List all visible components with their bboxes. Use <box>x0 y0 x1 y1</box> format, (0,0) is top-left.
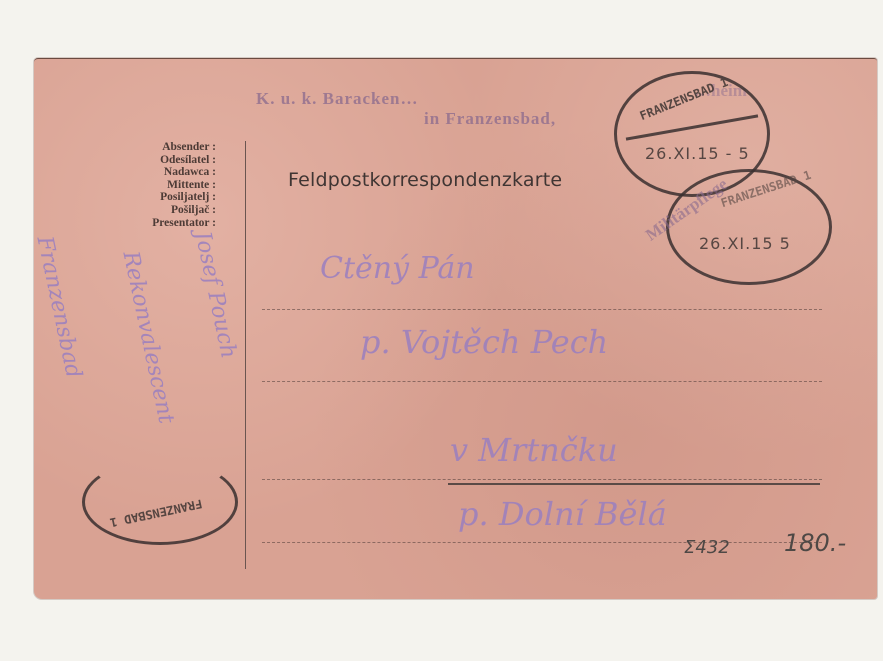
institution-stamp-line1: K. u. k. Baracken… <box>256 89 419 109</box>
label-posiljac: Pošiljač : <box>86 204 216 217</box>
postmark-1-date: 26.XI.15 - 5 <box>645 144 750 163</box>
recipient-town: v Mrtnčku <box>450 431 618 469</box>
address-underline <box>448 483 820 485</box>
sender-line-3: Josef Pouch <box>190 229 241 361</box>
postcard: K. u. k. Baracken… …heim in Franzensbad,… <box>34 58 877 599</box>
catalog-number: Σ432 <box>684 537 730 558</box>
recipient-post-office: p. Dolní Bělá <box>458 495 667 533</box>
recipient-salutation: Ctěný Pán <box>320 251 475 286</box>
sender-labels: Absender : Odesílatel : Nadawca : Mitten… <box>86 141 216 229</box>
postmark-2: FRANZENSBAD 1 26.XI.15 5 <box>666 169 832 285</box>
recipient-name: p. Vojtěch Pech <box>360 323 608 361</box>
label-presentator: Presentator : <box>86 217 216 230</box>
label-mittente: Mittente : <box>86 179 216 192</box>
postmark-3: FRANZENSBAD 1 <box>82 459 238 545</box>
postmark-2-place: FRANZENSBAD 1 <box>719 168 813 210</box>
stamp-text: K. u. k. Baracken… <box>256 89 419 108</box>
label-posiljatelj: Posiljatelj : <box>86 191 216 204</box>
postmark-1-place: FRANZENSBAD 1 <box>638 75 730 123</box>
address-line-4 <box>262 542 822 543</box>
address-line-2 <box>262 381 822 382</box>
institution-stamp-line2: in Franzensbad, <box>424 109 556 129</box>
postmark-3-place: FRANZENSBAD 1 <box>109 496 204 529</box>
label-odesilatel: Odesílatel : <box>86 154 216 167</box>
address-line-1 <box>262 309 822 310</box>
label-absender: Absender : <box>86 141 216 154</box>
postmark-2-date: 26.XI.15 5 <box>699 234 791 253</box>
vertical-divider <box>245 141 246 569</box>
address-line-3 <box>262 479 822 480</box>
sender-line-2: Rekonvalescent <box>118 249 179 426</box>
label-nadawca: Nadawca : <box>86 166 216 179</box>
price-note: 180.- <box>784 529 846 557</box>
sender-line-1: Franzensbad <box>34 234 86 380</box>
card-title: Feldpostkorrespondenzkarte <box>288 169 562 191</box>
